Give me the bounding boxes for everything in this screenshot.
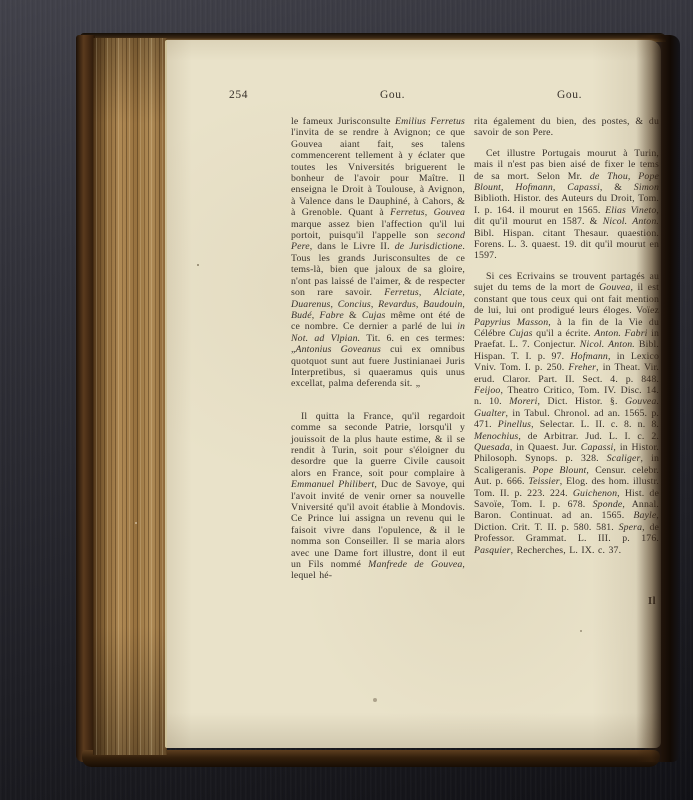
running-header-left: Gou. <box>380 89 405 101</box>
text-column-left: le fameux Jurisconsulte Emilius Ferretus… <box>291 116 465 582</box>
photo-backdrop: 254 Gou. Gou. le fameux Jurisconsulte Em… <box>0 0 693 800</box>
page-number: 254 <box>229 89 248 101</box>
paragraph: le fameux Jurisconsulte Emilius Ferretus… <box>291 116 465 390</box>
running-header-right: Gou. <box>557 89 582 101</box>
text-column-right: rita également du bien, des postes, & du… <box>474 116 659 582</box>
paragraph: Cet illustre Portugais mourut à Turin, m… <box>474 148 659 262</box>
book-page: 254 Gou. Gou. le fameux Jurisconsulte Em… <box>165 40 661 748</box>
paragraph: Si ces Ecrivains se trouvent partagés au… <box>474 271 659 556</box>
paragraph: Il quitta la France, qu'il regardoit com… <box>291 411 465 582</box>
paragraph: rita également du bien, des postes, & du… <box>474 116 659 139</box>
gutter-shadow <box>636 35 680 762</box>
dust-speck <box>197 264 199 266</box>
book: 254 Gou. Gou. le fameux Jurisconsulte Em… <box>76 33 680 767</box>
book-cover-bottom-edge <box>82 750 660 767</box>
text-columns: le fameux Jurisconsulte Emilius Ferretus… <box>291 116 659 582</box>
page-edges-texture <box>93 38 167 755</box>
